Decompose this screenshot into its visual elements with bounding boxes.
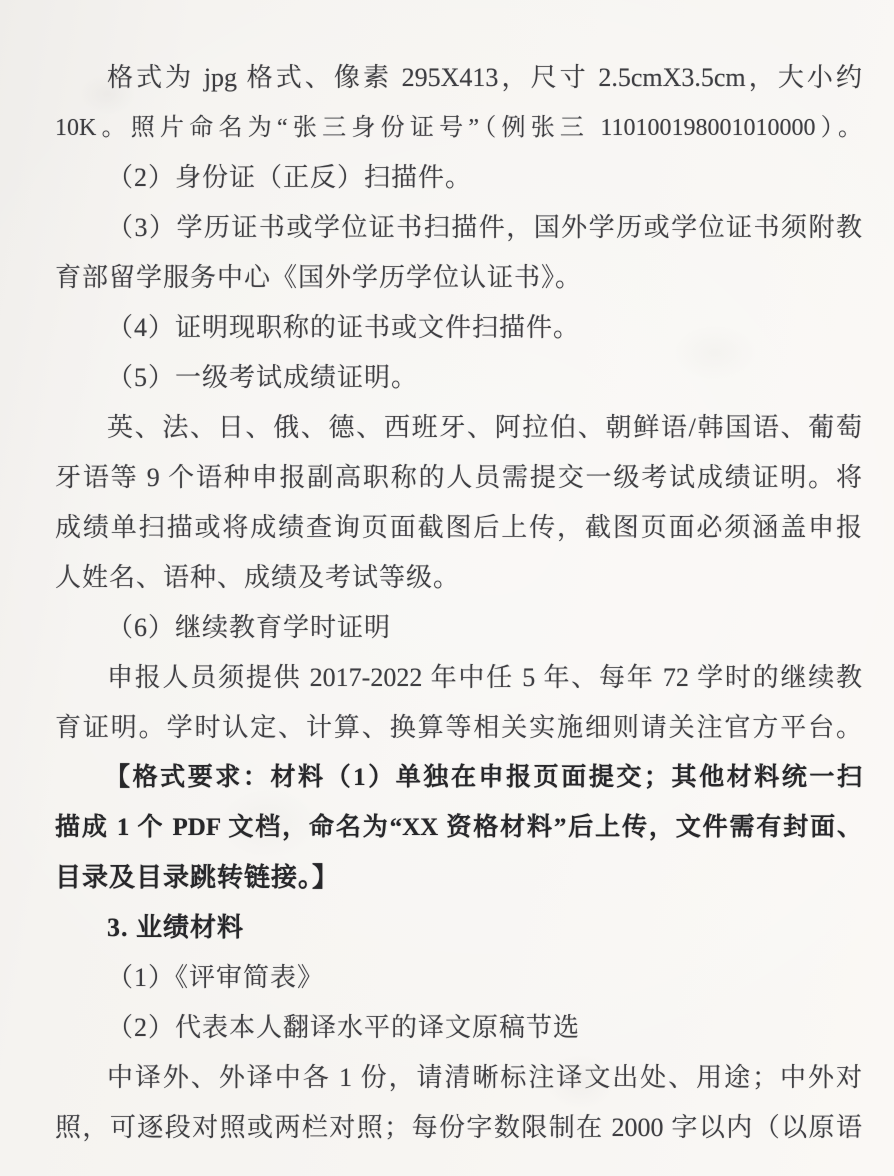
document-line: 描成 1 个 PDF 文档，命名为“XX 资格材料”后上传，文件需有封面、 xyxy=(55,803,862,853)
document-line: （5）一级考试成绩证明。 xyxy=(55,353,862,403)
document-line: （1）《评审简表》 xyxy=(55,953,862,1003)
document-line: （6）继续教育学时证明 xyxy=(55,603,862,653)
document-line: 牙语等 9 个语种申报副高职称的人员需提交一级考试成绩证明。将 xyxy=(55,453,862,503)
document-text-block: 格式为 jpg 格式、像素 295X413，尺寸 2.5cmX3.5cm，大小约… xyxy=(55,53,862,1153)
document-line: 3. 业绩材料 xyxy=(55,903,862,953)
document-line: 申报人员须提供 2017-2022 年中任 5 年、每年 72 学时的继续教 xyxy=(55,653,862,703)
document-line: 【格式要求：材料（1）单独在申报页面提交；其他材料统一扫 xyxy=(55,753,862,803)
document-line: 育部留学服务中心《国外学历学位认证书》。 xyxy=(55,253,862,303)
document-line: （2）代表本人翻译水平的译文原稿节选 xyxy=(55,1003,862,1053)
document-line: 格式为 jpg 格式、像素 295X413，尺寸 2.5cmX3.5cm，大小约 xyxy=(55,53,862,103)
document-line: 英、法、日、俄、德、西班牙、阿拉伯、朝鲜语/韩国语、葡萄 xyxy=(55,403,862,453)
scanned-document-page: 格式为 jpg 格式、像素 295X413，尺寸 2.5cmX3.5cm，大小约… xyxy=(0,0,894,1176)
document-line: 10K。照片命名为“张三身份证号”（例张三 110100198001010000… xyxy=(55,103,862,153)
document-line: 目录及目录跳转链接。】 xyxy=(55,853,862,903)
document-line: 中译外、外译中各 1 份，请清晰标注译文出处、用途；中外对 xyxy=(55,1053,862,1103)
document-line: （2）身份证（正反）扫描件。 xyxy=(55,153,862,203)
document-line: 育证明。学时认定、计算、换算等相关实施细则请关注官方平台。 xyxy=(55,703,862,753)
document-line: （3）学历证书或学位证书扫描件，国外学历或学位证书须附教 xyxy=(55,203,862,253)
document-line: 照，可逐段对照或两栏对照；每份字数限制在 2000 字以内（以原语 xyxy=(55,1103,862,1153)
document-line: 人姓名、语种、成绩及考试等级。 xyxy=(55,553,862,603)
document-line: （4）证明现职称的证书或文件扫描件。 xyxy=(55,303,862,353)
document-line: 成绩单扫描或将成绩查询页面截图后上传，截图页面必须涵盖申报 xyxy=(55,503,862,553)
